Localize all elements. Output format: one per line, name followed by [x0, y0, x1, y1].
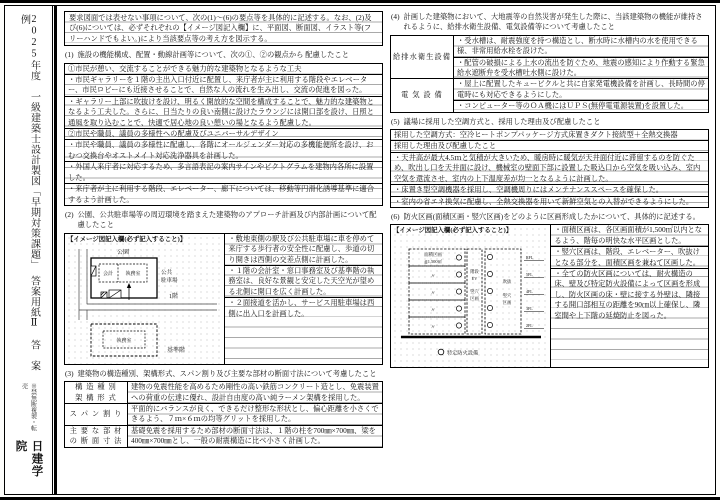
- label-area-limit: ≦1,500㎡: [424, 258, 443, 265]
- room-label-office-typical: 執務室: [116, 337, 131, 344]
- row-header-members: 主 要 な 部 材 の 断 面 寸 法: [65, 426, 128, 447]
- label-shaft-1: 竪穴: [470, 288, 479, 295]
- section1-heading: (1) 施設の機能構成、配置・動線計画等について、次の①、②の観点から 配慮した…: [65, 50, 382, 60]
- answer-item: ・全ての防火区画については、耐火構造の床、壁及び特定防火設備によって区画を形成し…: [551, 268, 708, 321]
- label-shaft2-1: 竪穴: [502, 292, 511, 299]
- sheet-frame: 2025年度 一級建築士設計製図「早期対策課題」 答案用紙Ⅱ 答 案 例 ※禁無…: [4, 5, 716, 495]
- answer-item: ・ギャラリー上部に吹抜けを設け、明るく開放的な空間を構成することで、魅力的な建築…: [65, 96, 382, 128]
- section6-heading: (6) 防火区画(面積区画・竪穴区画)をどのように区画形成したかについて、具体的…: [391, 212, 708, 222]
- floor-level-marks: RFL 5FL 4FL 3FL 2FL: [524, 255, 544, 329]
- section4-heading: (4) 計画した建築物において、大地震等の自然災害が発生した際に、当該建築物の機…: [391, 12, 708, 33]
- fire-compartment-diagram: 面積区画 ≦1,500㎡ 〃 〃 〃 〃: [395, 237, 547, 365]
- table-row: 電 気 設 備 ・屋上に配置したキュービクルと共に自家発電機設備を計画し、長時間…: [391, 78, 708, 111]
- ditto-mark: 〃: [430, 290, 436, 297]
- answer-item: ・２面接道を活かし、サービス用駐車場は西側に出入口を計画した。: [225, 297, 382, 319]
- answer-item: ・敷地東側の駅及び公共駐車場に車を停めて来庁する歩行者の安全性に配慮し、歩道の切…: [225, 234, 382, 265]
- section3-title: 建築物の構造種別、架構形式、スパン割り及び主要な部材の断面寸法について考慮したこ…: [78, 369, 377, 379]
- section1-group1-header: ①市民が憩い、交流することができる魅力的な建築物となるような工夫: [65, 64, 382, 74]
- site-plan-diagram: 会計 執務室: [71, 246, 219, 362]
- section2-title: 公園、公共駐車場等の周辺環境を踏まえた建築物のアプローチ計画及び内部計画について…: [78, 210, 382, 231]
- label-shaft2-2: 区画: [502, 299, 511, 306]
- section6-box: 【イメージ図記入欄(必ず記入すること)】 面積区画 ≦1,: [390, 224, 709, 368]
- answer-item: ・外国人来庁者に対応するため、多言語表記の案内サインやピクトグラムを建物内各所に…: [65, 161, 382, 183]
- section1-group2-header: ②市民や職員、議員の多様性への配慮及びユニバーサルデザイン: [65, 128, 382, 139]
- answer-item: ・市民や職員、議員の多様性に配慮し、各階にオールジェンダー対応の多機能便所を設け…: [65, 139, 382, 161]
- section3-number: (3): [65, 369, 74, 379]
- ditto-mark: 〃: [430, 307, 436, 314]
- table-row: 構 造 種 別 架 構 形 式 建物の免震性能を高めるため剛性の高い鉄筋コンクリ…: [65, 382, 382, 403]
- scan-edge-top: [0, 0, 720, 3]
- level-label: 3FL: [526, 306, 533, 311]
- section4-title: 計画した建築物において、大地震等の自然災害が発生した際に、当該建築物の機能が維持…: [404, 12, 708, 33]
- section1-number: (1): [65, 50, 74, 60]
- answer-item: ・１階の会計室・窓口事務室及び基準階の執務室は、良好な景観と安定した天空光が望め…: [225, 265, 382, 297]
- room-label-accounting: 会計: [103, 270, 113, 277]
- level-label: 2FL: [526, 323, 533, 328]
- copyright-note: ※禁無断複製・転売: [20, 383, 38, 436]
- section2-image-label: 【イメージ図記入欄(必ず記入すること)】: [67, 235, 222, 244]
- sheet-title: 2025年度 一級建築士設計製図「早期対策課題」 答案用紙Ⅱ 答 案 例: [19, 14, 39, 383]
- school-logo: 日建学院: [13, 440, 45, 489]
- section3-heading: (3) 建築物の構造種別、架構形式、スパン割り及び主要な部材の断面寸法について考…: [65, 369, 382, 379]
- section6-title: 防火区画(面積区画・竪穴区画)をどのように区画形成したかについて、具体的に記述す…: [404, 212, 700, 222]
- intro-text: 要求図面では表せない事項について、次の(1)～(6)の要点等を具体的に記述する。…: [69, 13, 372, 43]
- row-header-span: ス パ ン 割 り: [65, 404, 128, 425]
- hvac-reason-header: 採用した理由及び配慮したこと: [391, 140, 708, 151]
- answer-item: ・室内の省エネ換気に配慮し、全熱交換器を用いて新鮮空気との入替ができるようにした…: [391, 196, 708, 207]
- left-column: 要求図面では表せない事項について、次の(1)～(6)の要点等を具体的に記述する。…: [64, 11, 383, 490]
- right-column: (4) 計画した建築物において、大地震等の自然災害が発生した際に、当該建築物の機…: [390, 11, 709, 490]
- section3-table: 構 造 種 別 架 構 形 式 建物の免震性能を高めるため剛性の高い鉄筋コンクリ…: [64, 381, 383, 447]
- row-header-electrical: 電 気 設 備: [391, 79, 454, 111]
- section1-title: 施設の機能構成、配置・動線計画等について、次の①、②の観点から 配慮したこと: [78, 50, 350, 60]
- answer-sheet-page: 2025年度 一級建築士設計製図「早期対策課題」 答案用紙Ⅱ 答 案 例 ※禁無…: [0, 0, 720, 500]
- label-public-parking-2: 駐車場: [160, 276, 178, 284]
- label-area-compartment: 面積区画: [424, 251, 442, 258]
- answer-item: ・竪穴区画は、階段、エレベーター、吹抜けとなる部分を、面積区画を兼ねて区画した。: [551, 246, 708, 268]
- fire-door-circles-right: [487, 255, 492, 328]
- level-label: RFL: [526, 255, 534, 260]
- section5-heading: (5) 議場に採用した空調方式と、採用した理由及び配慮したこと: [391, 117, 708, 127]
- table-row: ス パ ン 割 り 平面的にバランスが良く、できるだけ整形な形状とし、偏心距離を…: [65, 403, 382, 425]
- label-public-parking-1: 公共: [161, 268, 173, 276]
- answer-item: 基礎免震を採用するため部材の断面寸法は、１階の柱を700㎜×700㎜、梁を400…: [128, 426, 382, 447]
- room-label-office: 執務室: [125, 270, 140, 277]
- row-header-structure: 構 造 種 別 架 構 形 式: [65, 382, 128, 403]
- answer-item: ・天井高が最大4.5ｍと気積が大きいため、暖房時に暖気が天井面付近に滞留するのを…: [391, 152, 708, 184]
- answer-item: ・面積区画は、各区画面積が1,500㎡以内となるよう、階毎の明快な水平区画とした…: [551, 225, 708, 246]
- section6-answer-cell: ・面積区画は、各区画面積が1,500㎡以内となるよう、階毎の明快な水平区画とした…: [551, 225, 708, 367]
- section5-table: 採用した空調方式：空冷ヒートポンプパッケージ方式床置きダクト接続型＋全熱交換器 …: [390, 129, 709, 208]
- answer-item: ・配管の破損による上水の流出を防ぐため、地震の感知により作動する緊急給水遮断弁を…: [454, 57, 708, 79]
- service-entrance-hatch: [91, 266, 96, 276]
- label-stair: 階段: [470, 268, 479, 275]
- answer-item: ・受水槽は、耐震強度を持つ構造とし、断水時に水槽内の水を使用できる様、非常用給水…: [454, 36, 708, 57]
- answer-item: ・屋上に配置したキュービクルと共に自家発電機設備を計画し、長時間の停電時にも対応…: [454, 79, 708, 100]
- row-header-plumbing: 給排水衛生設備: [391, 36, 454, 79]
- label-shaft-2: 区画: [470, 295, 479, 302]
- section2-image-cell: 【イメージ図記入欄(必ず記入すること)】: [65, 234, 225, 364]
- section2-box: 【イメージ図記入欄(必ず記入すること)】: [64, 233, 383, 365]
- section1-table: ①市民が憩い、交流することができる魅力的な建築物となるような工夫 ・市民ギャラリ…: [64, 63, 383, 206]
- hvac-method: 採用した空調方式：空冷ヒートポンプパッケージ方式床置きダクト接続型＋全熱交換器: [391, 130, 708, 140]
- answer-cell: ・受水槽は、耐震強度を持つ構造とし、断水時に水槽内の水を使用できる様、非常用給水…: [454, 36, 708, 79]
- section2-answer-cell: ・敷地東側の駅及び公共駐車場に車を停めて来庁する歩行者の安全性に配慮し、歩道の切…: [225, 234, 382, 364]
- legend-label: 特定防火設備: [447, 349, 479, 357]
- answer-cell: ・屋上に配置したキュービクルと共に自家発電機設備を計画し、長時間の停電時にも対応…: [454, 79, 708, 111]
- label-typical-floor: 基準階: [167, 346, 185, 354]
- answer-item: 平面的にバランスが良く、できるだけ整形な形状とし、偏心距離を小さくできるよう、７…: [128, 404, 382, 425]
- section6-number: (6): [391, 212, 400, 222]
- section4-number: (4): [391, 12, 400, 33]
- title-sidebar: 2025年度 一級建築士設計製図「早期対策課題」 答案用紙Ⅱ 答 案 例 ※禁無…: [5, 6, 53, 494]
- level-label: 5FL: [526, 272, 533, 277]
- legend-fire-door: 特定防火設備: [438, 349, 479, 357]
- label-first-floor: 1階: [169, 292, 178, 300]
- main-content: 要求図面では表せない事項について、次の(1)～(6)の要点等を具体的に記述する。…: [57, 6, 715, 494]
- section4-table: 給排水衛生設備 ・受水槽は、耐震強度を持つ構造とし、断水時に水槽内の水を使用でき…: [390, 35, 709, 113]
- answer-item: ・床置き型空調機器を採用し、空調機周りにはメンテナンススペースを確保した。: [391, 184, 708, 195]
- intro-box: 要求図面では表せない事項について、次の(1)～(6)の要点等を具体的に記述する。…: [64, 11, 383, 46]
- section6-image-cell: 【イメージ図記入欄(必ず記入すること)】 面積区画 ≦1,: [391, 225, 551, 367]
- label-park: 公園: [117, 248, 129, 256]
- level-label: 4FL: [526, 289, 533, 294]
- section2-number: (2): [65, 210, 74, 231]
- answer-item: ・来庁者が主に利用する階段、エレベーター、廊下については、移動等円滑化誘導基準に…: [65, 183, 382, 205]
- answer-item: 建物の免震性能を高めるため剛性の高い鉄筋コンクリート造とし、免震装置への荷重の伝…: [128, 382, 382, 403]
- table-row: 給排水衛生設備 ・受水槽は、耐震強度を持つ構造とし、断水時に水槽内の水を使用でき…: [391, 36, 708, 79]
- table-row: 主 要 な 部 材 の 断 面 寸 法 基礎免震を採用するため部材の断面寸法は、…: [65, 425, 382, 447]
- answer-item: ・コンピューター等のＯＡ機にはＵＰＳ(無停電電源装置)を設置した。: [454, 100, 708, 111]
- ditto-mark: 〃: [430, 273, 436, 280]
- label-ev: EV: [471, 276, 478, 281]
- section6-image-label: 【イメージ図記入欄(必ず記入すること)】: [393, 226, 548, 235]
- ditto-mark: 〃: [430, 324, 436, 331]
- section5-title: 議場に採用した空調方式と、採用した理由及び配慮したこと: [404, 117, 601, 127]
- section5-number: (5): [391, 117, 400, 127]
- windbreak-hatch: [101, 292, 107, 298]
- section2-heading: (2) 公園、公共駐車場等の周辺環境を踏まえた建築物のアプローチ計画及び内部計画…: [65, 210, 382, 231]
- answer-item: ・市民ギャラリーを１階の主出入口付近に配置し、来庁者が主に利用する階段やエレベー…: [65, 74, 382, 96]
- label-void: 吹抜: [502, 278, 511, 285]
